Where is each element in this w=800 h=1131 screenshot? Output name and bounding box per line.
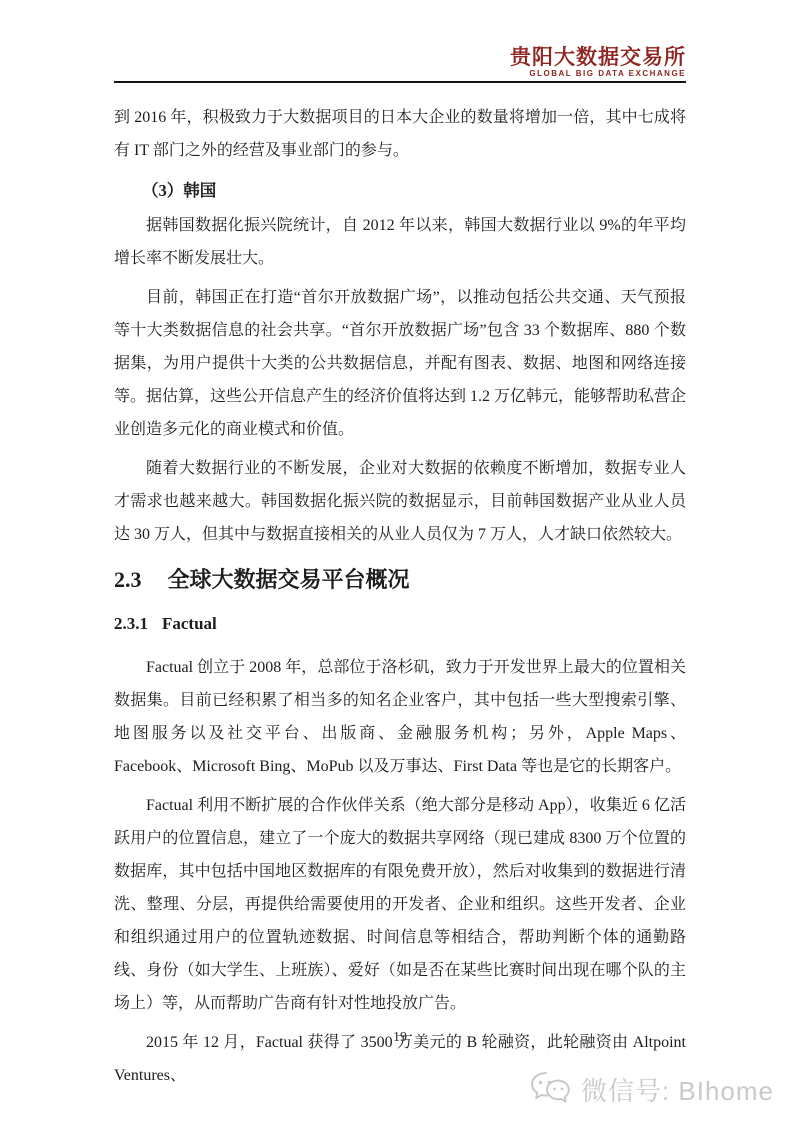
paragraph-factual-2: Factual 利用不断扩展的合作伙伴关系（绝大部分是移动 App），收集近 6…	[114, 789, 686, 1020]
subsection-number: 2.3.1	[114, 607, 148, 641]
section-title: 全球大数据交易平台概况	[168, 567, 410, 592]
watermark-label: 微信号: BIhome	[581, 1071, 774, 1108]
page-number: 19	[0, 1030, 800, 1046]
paragraph-korea-2: 目前，韩国正在打造“首尔开放数据广场”，以推动包括公共交通、天气预报等十大类数据…	[114, 281, 686, 446]
paragraph-korea-3: 随着大数据行业的不断发展，企业对大数据的依赖度不断增加，数据专业人才需求也越来越…	[114, 452, 686, 551]
paragraph-japan-continuation: 到 2016 年，积极致力于大数据项目的日本大企业的数量将增加一倍，其中七成将有…	[114, 101, 686, 167]
paragraph-factual-1: Factual 创立于 2008 年，总部位于洛杉矶，致力于开发世界上最大的位置…	[114, 651, 686, 783]
wechat-watermark: 微信号: BIhome	[529, 1070, 774, 1108]
document-page: 贵阳大数据交易所 GLOBAL BIG DATA EXCHANGE 到 2016…	[0, 0, 800, 1131]
heading-subsection-2-3-1: 2.3.1Factual	[114, 607, 686, 641]
exchange-logo-en: GLOBAL BIG DATA EXCHANGE	[114, 69, 686, 79]
document-body: 到 2016 年，积极致力于大数据项目的日本大企业的数量将增加一倍，其中七成将有…	[114, 83, 686, 1092]
page-header: 贵阳大数据交易所 GLOBAL BIG DATA EXCHANGE	[114, 0, 686, 83]
heading-korea: （3）韩国	[114, 177, 686, 201]
heading-section-2-3: 2.3全球大数据交易平台概况	[114, 565, 686, 595]
paragraph-korea-1: 据韩国数据化振兴院统计，自 2012 年以来，韩国大数据行业以 9%的年平均增长…	[114, 209, 686, 275]
wechat-icon	[529, 1070, 573, 1108]
subsection-title: Factual	[162, 614, 217, 633]
section-number: 2.3	[114, 565, 142, 595]
exchange-logo-cn: 贵阳大数据交易所	[114, 46, 686, 69]
